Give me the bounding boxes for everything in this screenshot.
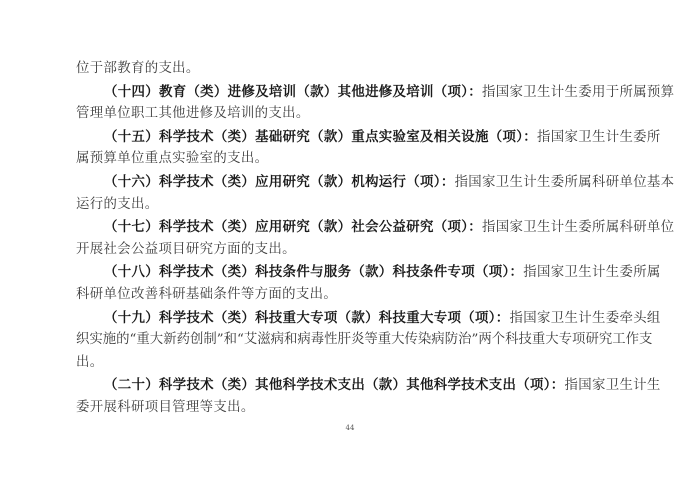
item-heading: （十四）教育（类）进修及培训（款）其他进修及培训（项）： bbox=[104, 84, 482, 100]
line-text: 科研单位改善科研基础条件等方面的支出。 bbox=[76, 287, 337, 302]
line-text: 出。 bbox=[76, 355, 103, 370]
line-text: 开展社会公益项目研究方面的支出。 bbox=[76, 242, 296, 257]
line-text: 指国家卫生计生委用于所属预算 bbox=[482, 85, 674, 100]
item-heading: （十八）科学技术（类）科技条件与服务（款）科技条件专项（项）： bbox=[104, 264, 523, 280]
item-heading: （十七）科学技术（类）应用研究（款）社会公益研究（项）： bbox=[104, 219, 482, 235]
item-heading: （二十）科学技术（类）其他科学技术支出（款）其他科学技术支出（项）： bbox=[104, 377, 564, 393]
line-text: 指国家卫生计生委所属 bbox=[523, 265, 660, 280]
line-text: 委开展科研项目管理等支出。 bbox=[76, 400, 255, 415]
line-text: 指国家卫生计生委所 bbox=[537, 130, 661, 145]
item-heading: （十五）科学技术（类）基础研究（款）重点实验室及相关设施（项）： bbox=[104, 129, 537, 145]
text-line: 管理单位职工其他进修及培训的支出。 bbox=[76, 103, 646, 126]
item-19-line: （十九）科学技术（类）科技重大专项（款）科技重大专项（项）：指国家卫生计生委牵头… bbox=[76, 307, 646, 330]
document-body: 位于部教育的支出。 （十四）教育（类）进修及培训（款）其他进修及培训（项）：指国… bbox=[76, 58, 646, 420]
item-18-line: （十八）科学技术（类）科技条件与服务（款）科技条件专项（项）：指国家卫生计生委所… bbox=[76, 261, 646, 284]
line-text: 指国家卫生计生 bbox=[564, 378, 660, 393]
item-heading: （十六）科学技术（类）应用研究（款）机构运行（项）： bbox=[104, 174, 455, 190]
text-line: 位于部教育的支出。 bbox=[76, 58, 646, 81]
line-text: 位于部教育的支出。 bbox=[76, 61, 200, 76]
line-text: 管理单位职工其他进修及培训的支出。 bbox=[76, 106, 310, 121]
document-page: 位于部教育的支出。 （十四）教育（类）进修及培训（款）其他进修及培训（项）：指国… bbox=[0, 0, 700, 494]
text-line: 委开展科研项目管理等支出。 bbox=[76, 397, 646, 420]
item-20-line: （二十）科学技术（类）其他科学技术支出（款）其他科学技术支出（项）：指国家卫生计… bbox=[76, 374, 646, 397]
page-number: 44 bbox=[0, 424, 700, 432]
item-heading: （十九）科学技术（类）科技重大专项（款）科技重大专项（项）： bbox=[104, 310, 510, 326]
line-text: 指国家卫生计生委所属科研单位基本 bbox=[455, 175, 675, 190]
text-line: 运行的支出。 bbox=[76, 194, 646, 217]
text-line: 科研单位改善科研基础条件等方面的支出。 bbox=[76, 284, 646, 307]
line-text: 运行的支出。 bbox=[76, 197, 158, 212]
text-line: 开展社会公益项目研究方面的支出。 bbox=[76, 239, 646, 262]
line-text: 指国家卫生计生委牵头组 bbox=[510, 311, 661, 326]
text-line: 出。 bbox=[76, 352, 646, 375]
text-line: 织实施的“重大新药创制”和“艾滋病和病毒性肝炎等重大传染病防治”两个科技重大专项… bbox=[76, 329, 646, 352]
text-line: 属预算单位重点实验室的支出。 bbox=[76, 148, 646, 171]
item-16-line: （十六）科学技术（类）应用研究（款）机构运行（项）：指国家卫生计生委所属科研单位… bbox=[76, 171, 646, 194]
line-text: 指国家卫生计生委所属科研单位 bbox=[482, 220, 674, 235]
item-17-line: （十七）科学技术（类）应用研究（款）社会公益研究（项）：指国家卫生计生委所属科研… bbox=[76, 216, 646, 239]
line-text: 属预算单位重点实验室的支出。 bbox=[76, 151, 268, 166]
item-14-line: （十四）教育（类）进修及培训（款）其他进修及培训（项）：指国家卫生计生委用于所属… bbox=[76, 81, 646, 104]
item-15-line: （十五）科学技术（类）基础研究（款）重点实验室及相关设施（项）：指国家卫生计生委… bbox=[76, 126, 646, 149]
line-text: 织实施的“重大新药创制”和“艾滋病和病毒性肝炎等重大传染病防治”两个科技重大专项… bbox=[76, 332, 652, 347]
